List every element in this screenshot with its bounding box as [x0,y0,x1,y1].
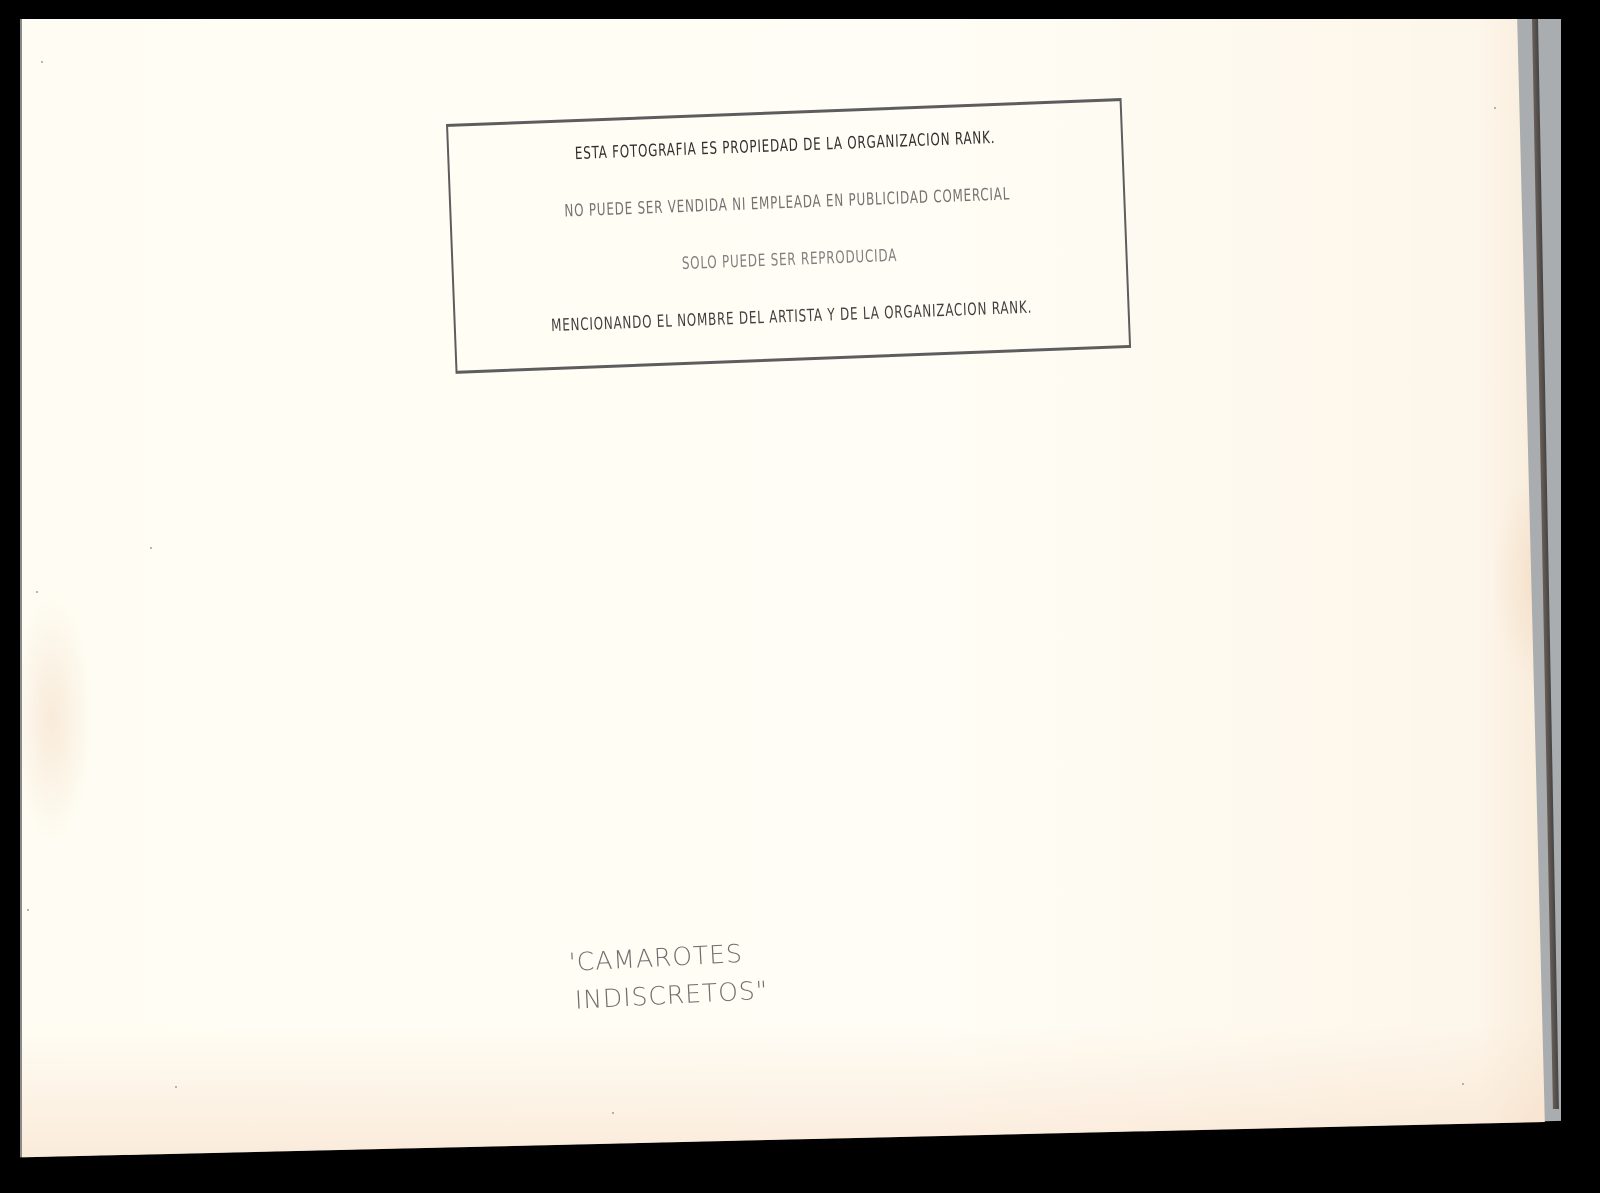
stamp-line-3: SOLO PUEDE SER REPRODUCIDA [527,240,1052,280]
paper-speck [27,909,29,911]
paper-speck [36,591,38,593]
handwritten-title-note: 'CAMAROTES INDISCRETOS" [568,934,769,1020]
paper-speck [1462,1083,1464,1085]
paper-speck [612,1112,614,1114]
paper-speck [175,1086,177,1088]
stamp-line-2: NO PUEDE SER VENDIDA NI EMPLEADA EN PUBL… [525,183,1050,223]
paper-speck [41,61,43,63]
scan-background: ESTA FOTOGRAFIA ES PROPIEDAD DE LA ORGAN… [0,0,1600,1193]
stamp-line-1: ESTA FOTOGRAFIA ES PROPIEDAD DE LA ORGAN… [523,126,1048,166]
paper-speck [1494,107,1496,109]
stamp-line-4: MENCIONANDO EL NOMBRE DEL ARTISTA Y DE L… [529,297,1054,337]
ownership-stamp: ESTA FOTOGRAFIA ES PROPIEDAD DE LA ORGAN… [446,98,1131,374]
paper-speck [150,547,152,549]
backing-edge [20,1155,1561,1163]
